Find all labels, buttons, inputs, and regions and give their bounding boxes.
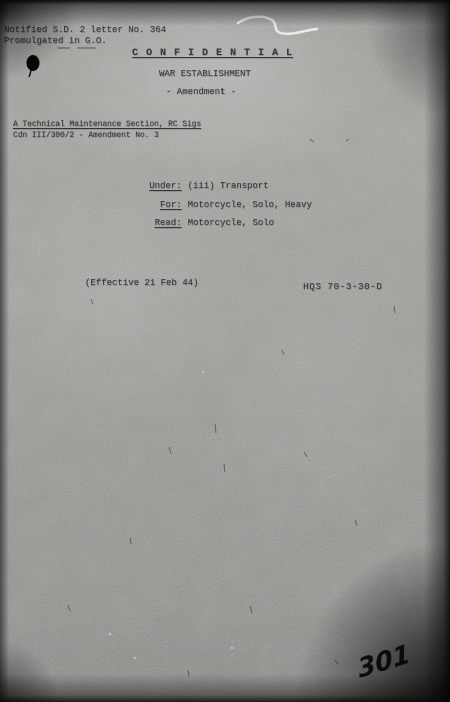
white-specks	[109, 285, 317, 659]
scratch-mark	[238, 17, 317, 34]
row-label: Read:	[118, 218, 182, 229]
paper-lighting-overlay	[0, 0, 450, 702]
paper-grain-texture	[0, 0, 450, 702]
document-title: WAR ESTABLISHMENT	[159, 69, 251, 80]
promulgated-line: Promulgated in G.O.	[4, 36, 107, 47]
scan-vignette-overlay	[0, 0, 450, 702]
unit-title: A Technical Maintenance Section, RC Sigs	[13, 119, 201, 130]
ink-smudge	[77, 47, 96, 49]
ink-smudge	[57, 47, 70, 49]
document-subtitle: - Amendment -	[166, 87, 236, 98]
notified-line: Notified S.D. 2 letter No. 364	[4, 25, 166, 36]
unit-reference: Cdn III/300/2 - Amendment No. 3	[13, 130, 159, 141]
scanned-document-page: Notified S.D. 2 letter No. 364 Promulgat…	[0, 0, 450, 702]
hole-punch-mark	[27, 55, 40, 77]
scan-artifacts	[0, 0, 450, 702]
handwritten-page-number: 301	[356, 639, 413, 685]
file-reference: HQS 70-3-30-D	[303, 281, 382, 292]
amendment-row-read: Read:Motorcycle, Solo	[96, 207, 274, 240]
row-value: Motorcycle, Solo	[188, 218, 274, 228]
classification-heading: C O N F I D E N T I A L	[132, 48, 293, 59]
effective-date: (Effective 21 Feb 44)	[85, 278, 198, 289]
